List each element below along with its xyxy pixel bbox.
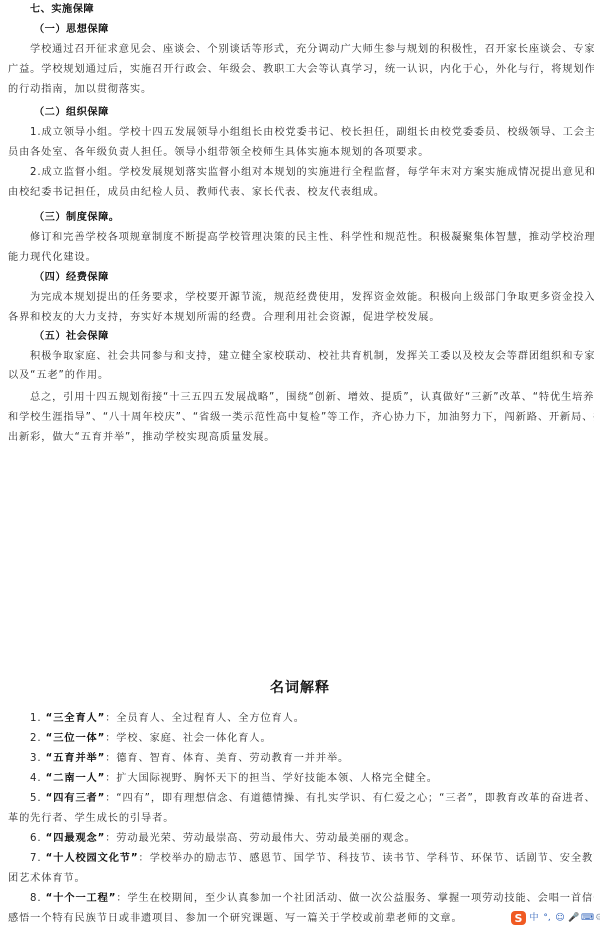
summary-line: 出新彩，做大“五育并举”，推动学校实现高质量发展。 xyxy=(8,431,594,445)
glossary-definition: ：学校、家庭、社会一体化育人。 xyxy=(105,733,271,744)
paragraph-line: 为完成本规划提出的任务要求，学校要开源节流，规范经费使用，发挥资金效能。积极向上… xyxy=(30,291,594,305)
ime-toolbar[interactable]: S 中 °, ☺ 🎤 ⌨ ⚙ 👕 xyxy=(511,910,600,926)
paragraph-line: 各界和校友的大力支持，夯实好本规划所需的经费。合理利用社会资源，促进学校发展。 xyxy=(8,311,594,325)
glossary-item-number: 3. xyxy=(30,753,42,764)
glossary-term: “十个一工程” xyxy=(46,893,117,904)
glossary-term: “五育并举” xyxy=(46,753,106,764)
glossary-item: 1. “三全育人”：全员育人、全过程育人、全方位育人。 xyxy=(30,712,594,726)
paragraph-line: 的行动指南，加以贯彻落实。 xyxy=(8,83,594,97)
summary-line: 和学校生涯指导”、“八十周年校庆”、“省级一类示范性高中复检”等工作，齐心协力下… xyxy=(8,411,594,425)
glossary-definition: ：全员育人、全过程育人、全方位育人。 xyxy=(105,713,305,724)
glossary-item: 3. “五育并举”：德育、智育、体育、美育、劳动教育一并并举。 xyxy=(30,752,594,766)
glossary-item: 2. “三位一体”：学校、家庭、社会一体化育人。 xyxy=(30,732,594,746)
glossary-item: 5. “四有三者”：“四有”，即有理想信念、有道德情操、有扎实学识、有仁爱之心；… xyxy=(30,792,594,806)
glossary-title: 名词解释 xyxy=(0,677,600,697)
subsection-title-system: （三）制度保障。 xyxy=(34,211,594,225)
subsection-title-ideology: （一）思想保障 xyxy=(34,23,594,37)
subsection-title-organization: （二）组织保障 xyxy=(34,106,594,120)
glossary-item-number: 2. xyxy=(30,733,42,744)
glossary-item-number: 8. xyxy=(30,893,42,904)
document-page: 七、实施保障 （一）思想保障 学校通过召开征求意见会、座谈会、个别谈话等形式，充… xyxy=(0,0,600,938)
glossary-item: 8. “十个一工程”：学生在校期间，至少认真参加一个社团活动、做一次公益服务、掌… xyxy=(30,892,594,906)
paragraph-line: 学校通过召开征求意见会、座谈会、个别谈话等形式，充分调动广大师生参与规划的积极性… xyxy=(30,43,594,57)
paragraph-line: 能力现代化建设。 xyxy=(8,251,594,265)
glossary-item-number: 4. xyxy=(30,773,42,784)
paragraph-line: 1.成立领导小组。学校十四五发展领导小组组长由校党委书记、校长担任，副组长由校党… xyxy=(30,126,594,140)
glossary-term: “二南一人” xyxy=(46,773,106,784)
glossary-definition: ：德育、智育、体育、美育、劳动教育一并并举。 xyxy=(105,753,349,764)
section-heading: 七、实施保障 xyxy=(30,3,594,17)
glossary-item: 7. “十人校园文化节”：学校举办的励志节、感恩节、国学节、科技节、读书节、学科… xyxy=(30,852,594,866)
glossary-definition: ：扩大国际视野、胸怀天下的担当、学好技能本领、人格完全健全。 xyxy=(105,773,438,784)
paragraph-line: 以及“五老”的作用。 xyxy=(8,369,594,383)
glossary-item-number: 6. xyxy=(30,833,42,844)
glossary-item-number: 5. xyxy=(30,793,42,804)
paragraph-line: 修订和完善学校各项规章制度不断提高学校管理决策的民主性、科学性和规范性。积极凝聚… xyxy=(30,231,594,245)
glossary-item-number: 7. xyxy=(30,853,42,864)
ime-emoji-icon[interactable]: ☺ xyxy=(555,911,565,925)
subsection-title-funding: （四）经费保障 xyxy=(34,271,594,285)
glossary-item-continuation: 革的先行者、学生成长的引导者。 xyxy=(8,812,594,826)
ime-chinese-mode-icon[interactable]: 中 xyxy=(529,911,539,925)
glossary-definition: ：学生在校期间，至少认真参加一个社团活动、做一次公益服务、掌握一项劳动技能、会唱… xyxy=(116,893,594,904)
ime-settings-icon[interactable]: ⚙ xyxy=(594,911,600,925)
paragraph-line: 广益。学校规划通过后，实施召开行政会、年级会、教职工大会等认真学习，统一认识，内… xyxy=(8,63,594,77)
glossary-item-number: 1. xyxy=(30,713,42,724)
glossary-term: “四最观念” xyxy=(46,833,106,844)
glossary-definition: ：劳动最光荣、劳动最崇高、劳动最伟大、劳动最美丽的观念。 xyxy=(105,833,415,844)
subsection-title-society: （五）社会保障 xyxy=(34,330,594,344)
glossary-item-continuation: 感悟一个特有民族节日或非遗项目、参加一个研究课题、写一篇关于学校或前辈老师的文章… xyxy=(8,912,500,926)
glossary-item: 4. “二南一人”：扩大国际视野、胸怀天下的担当、学好技能本领、人格完全健全。 xyxy=(30,772,594,786)
paragraph-line: 员由各处室、各年级负责人担任。领导小组带领全校师生具体实施本规划的各项要求。 xyxy=(8,146,594,160)
ime-keyboard-icon[interactable]: ⌨ xyxy=(581,911,591,925)
glossary-item-continuation: 团艺术体育节。 xyxy=(8,872,594,886)
glossary-term: “三位一体” xyxy=(46,733,106,744)
glossary-item: 6. “四最观念”：劳动最光荣、劳动最崇高、劳动最伟大、劳动最美丽的观念。 xyxy=(30,832,594,846)
ime-punctuation-icon[interactable]: °, xyxy=(542,911,552,925)
glossary-term: “三全育人” xyxy=(46,713,106,724)
paragraph-line: 由校纪委书记担任，成员由纪检人员、教师代表、家长代表、校友代表组成。 xyxy=(8,186,594,200)
glossary-term: “十人校园文化节” xyxy=(46,853,139,864)
paragraph-line: 积极争取家庭、社会共同参与和支持，建立健全家校联动、校社共育机制，发挥关工委以及… xyxy=(30,350,594,364)
ime-voice-icon[interactable]: 🎤 xyxy=(568,911,578,925)
ime-logo-icon[interactable]: S xyxy=(511,911,526,925)
glossary-term: “四有三者” xyxy=(46,793,106,804)
glossary-definition: ：学校举办的励志节、感恩节、国学节、科技节、读书节、学科节、环保节、话剧节、安全… xyxy=(138,853,594,864)
summary-line: 总之，引用十四五规划衔接“十三五四五发展战略”，围绕“创新、增效、提质”，认真做… xyxy=(30,391,594,405)
paragraph-line: 2.成立监督小组。学校发展规划落实监督小组对本规划的实施进行全程监督，每学年末对… xyxy=(30,166,594,180)
glossary-definition: ：“四有”，即有理想信念、有道德情操、有扎实学识、有仁爱之心；“三者”，即教育改… xyxy=(105,793,594,804)
